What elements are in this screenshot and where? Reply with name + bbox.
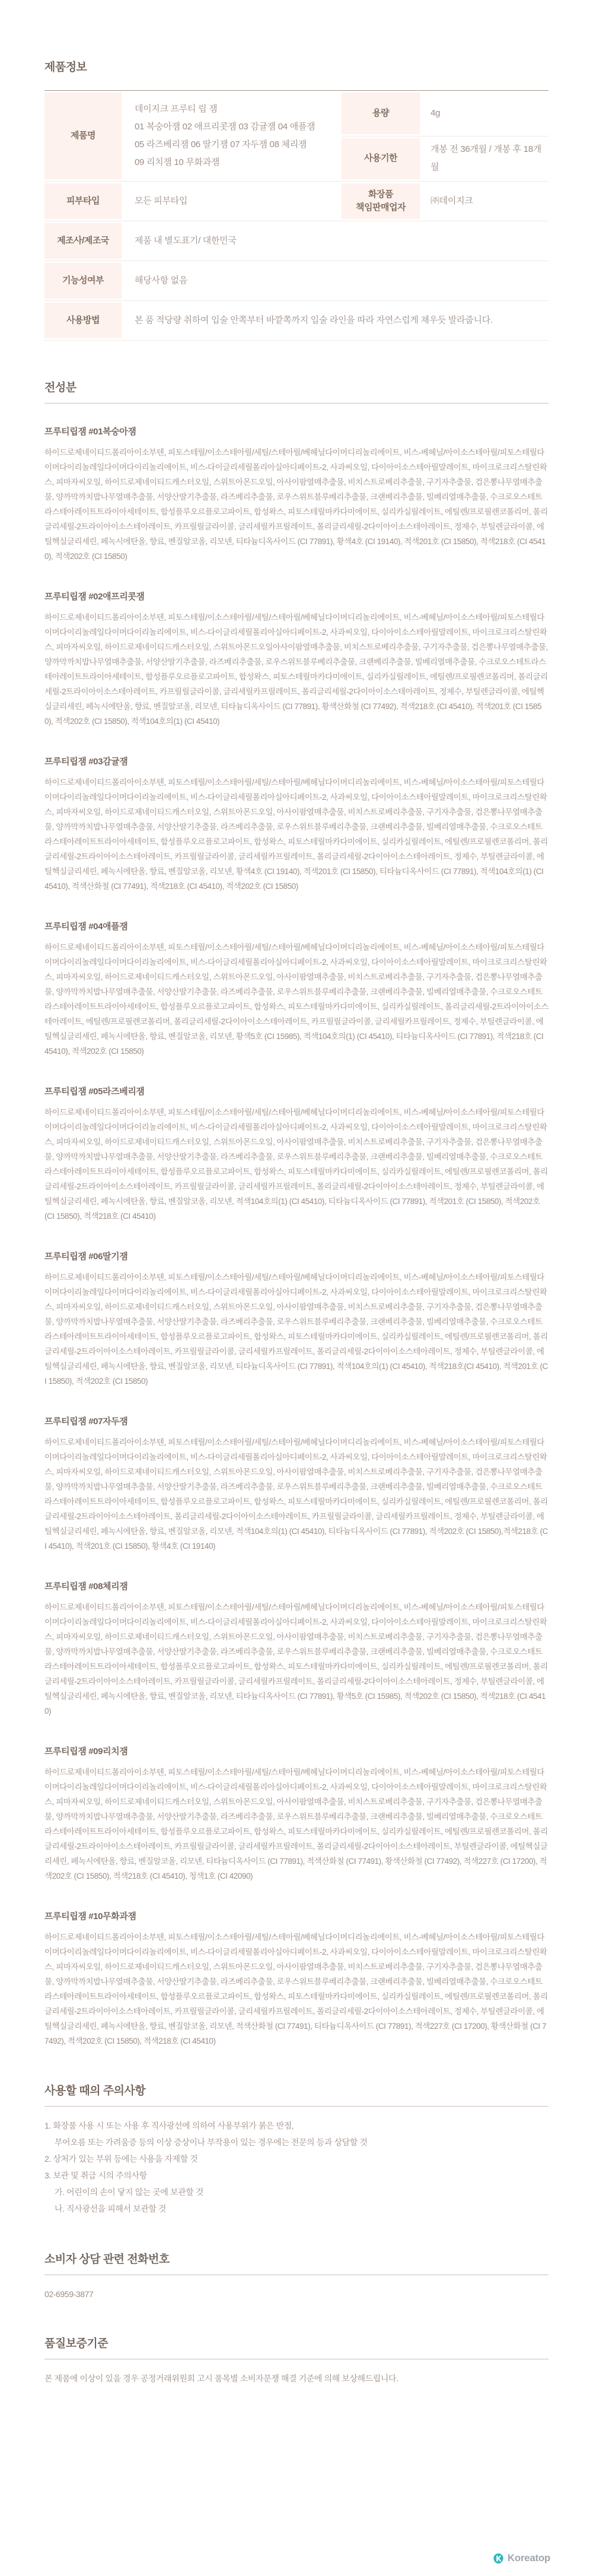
precaution-line: 나. 직사광선을 피해서 보관할 것 [44, 2200, 549, 2217]
ingredient-block-text: 하이드로제네이티드폴리아이소부텐, 피토스테릴/이소스테아릴/세틸/스테아릴/베… [44, 1600, 549, 1719]
product-detail-page: 제품정보 제품명 데이지크 프루티 립 잼 01 복숭아잼 02 애프리콧잼 0… [0, 0, 593, 2576]
ingredient-block-title: 프루티립잼 #06딸기잼 [44, 1250, 549, 1262]
ingredient-block: 프루티립잼 #02애프리콧잼 하이드로제네이티드폴리아이소부텐, 피토스테릴/이… [44, 590, 549, 729]
section-title-contact: 소비자 상담 관련 전화번호 [44, 2250, 549, 2266]
ingredient-block-text: 하이드로제네이티드폴리아이소부텐, 피토스테릴/이소스테아릴/세틸/스테아릴/베… [44, 1270, 549, 1389]
table-row-volume: 용량 4g [342, 91, 549, 136]
ingredient-block: 프루티립잼 #08체리잼 하이드로제네이티드폴리아이소부텐, 피토스테릴/이소스… [44, 1580, 549, 1719]
functional-value: 해당사항 없음 [122, 261, 549, 300]
functional-label: 기능성여부 [44, 263, 122, 298]
precaution-list: 1. 화장품 사용 시 또는 사용 후 직사광선에 의하여 사용부위가 붉은 반… [44, 2117, 549, 2217]
table-row-skin-type: 피부타입 모든 피부타입 화장품 책임판매업자 ㈜데이지크 [44, 182, 549, 221]
ingredient-block: 프루티립잼 #05라즈베리잼 하이드로제네이티드폴리아이소부텐, 피토스테릴/이… [44, 1085, 549, 1224]
section-title-warranty: 품질보증기준 [44, 2334, 549, 2351]
precaution-line: 3. 보관 및 취급 시의 주의사항 [44, 2167, 549, 2184]
precaution-line: 부어오름 또는 가려움증 등의 이상 증상이나 부작용이 있는 경우에는 전문의… [44, 2134, 549, 2151]
ingredient-block-text: 하이드로제네이티드폴리아이소부텐, 피토스테릴/이소스테아릴/세틸/스테아릴/베… [44, 1435, 549, 1554]
divider [44, 2106, 549, 2107]
ingredient-block-text: 하이드로제네이티드폴리아이소부텐, 피토스테릴/이소스테아릴/세틸/스테아릴/베… [44, 1930, 549, 2048]
skin-type-value: 모든 피부타입 [122, 182, 336, 221]
usage-value: 본 품 적당량 취하여 입술 안쪽부터 바깥쪽까지 입술 라인을 따라 자연스럽… [122, 301, 549, 340]
ingredient-block-title: 프루티립잼 #01복숭아잼 [44, 425, 549, 437]
table-row-product-name: 제품명 데이지크 프루티 립 잼 01 복숭아잼 02 애프리콧잼 03 감귤잼… [44, 91, 549, 182]
ingredient-block-text: 하이드로제네이티드폴리아이소부텐, 피토스테릴/이소스테아릴/세틸/스테아릴/베… [44, 940, 549, 1059]
ingredient-block-text: 하이드로제네이티드폴리아이소부텐, 피토스테릴/이소스테아릴/세틸/스테아릴/베… [44, 610, 549, 729]
precaution-line: 2. 상처가 있는 부위 등에는 사용을 자제할 것 [44, 2151, 549, 2167]
ingredient-block-text: 하이드로제네이티드폴리아이소부텐, 피토스테릴/이소스테아릴/세틸/스테아릴/베… [44, 1765, 549, 1883]
manufacturer-label: 제조사/제조국 [44, 223, 122, 259]
ingredient-block: 프루티립잼 #04애플잼 하이드로제네이티드폴리아이소부텐, 피토스테릴/이소스… [44, 920, 549, 1059]
section-precautions: 사용할 때의 주의사항 1. 화장품 사용 시 또는 사용 후 직사광선에 의하… [44, 2082, 549, 2217]
table-row-manufacturer: 제조사/제조국 제품 내 별도표기/ 대한민국 [44, 221, 549, 261]
ingredient-block-text: 하이드로제네이티드폴리아이소부텐, 피토스테릴/이소스테아릴/세틸/스테아릴/베… [44, 1105, 549, 1224]
section-title-product-info: 제품정보 [44, 58, 549, 74]
section-ingredients: 전성분 프루티립잼 #01복숭아잼 하이드로제네이티드폴리아이소부텐, 피토스테… [44, 379, 549, 2048]
ingredient-block-title: 프루티립잼 #09리치잼 [44, 1745, 549, 1757]
period-value: 개봉 전 36개월 / 개봉 후 18개월 [420, 136, 549, 182]
table-row-usage: 사용방법 본 품 적당량 취하여 입술 안쪽부터 바깥쪽까지 입술 라인을 따라… [44, 301, 549, 341]
precaution-line: 가. 어린이의 손이 닿지 않는 곳에 보관할 것 [44, 2184, 549, 2200]
volume-label: 용량 [342, 93, 420, 134]
divider [44, 2275, 549, 2275]
table-row-period: 사용기한 개봉 전 36개월 / 개봉 후 18개월 [342, 136, 549, 182]
ingredient-blocks: 프루티립잼 #01복숭아잼 하이드로제네이티드폴리아이소부텐, 피토스테릴/이소… [44, 404, 549, 2048]
divider [44, 2359, 549, 2359]
ingredient-block-title: 프루티립잼 #04애플잼 [44, 920, 549, 932]
manufacturer-value: 제품 내 별도표기/ 대한민국 [122, 221, 549, 261]
section-warranty: 품질보증기준 본 제품에 이상이 있을 경우 공정거래위원회 고시 품목별 소비… [44, 2334, 549, 2386]
ingredient-block: 프루티립잼 #10무화과잼 하이드로제네이티드폴리아이소부텐, 피토스테릴/이소… [44, 1910, 549, 2048]
ingredient-block-title: 프루티립잼 #03감귤잼 [44, 755, 549, 767]
section-contact: 소비자 상담 관련 전화번호 02-6959-3877 [44, 2250, 549, 2301]
product-name-label: 제품명 [44, 93, 122, 179]
koreatop-logo-icon [493, 2553, 504, 2564]
footer-logo: Koreatop [493, 2552, 550, 2564]
period-label: 사용기한 [342, 138, 420, 180]
volume-value: 4g [420, 91, 549, 136]
ingredient-block-title: 프루티립잼 #07자두잼 [44, 1415, 549, 1427]
usage-label: 사용방법 [44, 303, 122, 338]
ingredient-block-title: 프루티립잼 #05라즈베리잼 [44, 1085, 549, 1097]
ingredient-block-text: 하이드로제네이티드폴리아이소부텐, 피토스테릴/이소스테아릴/세틸/스테아릴/베… [44, 445, 549, 564]
footer-logo-text: Koreatop [508, 2552, 550, 2564]
precaution-line: 1. 화장품 사용 시 또는 사용 후 직사광선에 의하여 사용부위가 붉은 반… [44, 2117, 549, 2134]
volume-period-column: 용량 4g 사용기한 개봉 전 36개월 / 개봉 후 18개월 [342, 91, 549, 181]
product-info-table: 제품명 데이지크 프루티 립 잼 01 복숭아잼 02 애프리콧잼 03 감귤잼… [44, 90, 549, 341]
ingredient-block: 프루티립잼 #06딸기잼 하이드로제네이티드폴리아이소부텐, 피토스테릴/이소스… [44, 1250, 549, 1389]
contact-phone: 02-6959-3877 [44, 2287, 549, 2301]
seller-value: ㈜데이지크 [420, 182, 549, 221]
ingredient-block-title: 프루티립잼 #02애프리콧잼 [44, 590, 549, 602]
ingredient-block-title: 프루티립잼 #08체리잼 [44, 1580, 549, 1592]
ingredient-block-title: 프루티립잼 #10무화과잼 [44, 1910, 549, 1922]
ingredient-block: 프루티립잼 #03감귤잼 하이드로제네이티드폴리아이소부텐, 피토스테릴/이소스… [44, 755, 549, 894]
ingredient-block: 프루티립잼 #01복숭아잼 하이드로제네이티드폴리아이소부텐, 피토스테릴/이소… [44, 425, 549, 564]
ingredient-block: 프루티립잼 #07자두잼 하이드로제네이티드폴리아이소부텐, 피토스테릴/이소스… [44, 1415, 549, 1554]
warranty-text: 본 제품에 이상이 있을 경우 공정거래위원회 고시 품목별 소비자분쟁 해결 … [44, 2371, 549, 2386]
seller-label: 화장품 책임판매업자 [342, 183, 420, 219]
section-title-ingredients: 전성분 [44, 379, 549, 395]
ingredient-block: 프루티립잼 #09리치잼 하이드로제네이티드폴리아이소부텐, 피토스테릴/이소스… [44, 1745, 549, 1883]
product-name-value: 데이지크 프루티 립 잼 01 복숭아잼 02 애프리콧잼 03 감귤잼 04 … [122, 91, 336, 181]
table-row-functional: 기능성여부 해당사항 없음 [44, 261, 549, 301]
section-title-precautions: 사용할 때의 주의사항 [44, 2082, 549, 2098]
skin-type-label: 피부타입 [44, 183, 122, 219]
ingredient-block-text: 하이드로제네이티드폴리아이소부텐, 피토스테릴/이소스테아릴/세틸/스테아릴/베… [44, 775, 549, 894]
